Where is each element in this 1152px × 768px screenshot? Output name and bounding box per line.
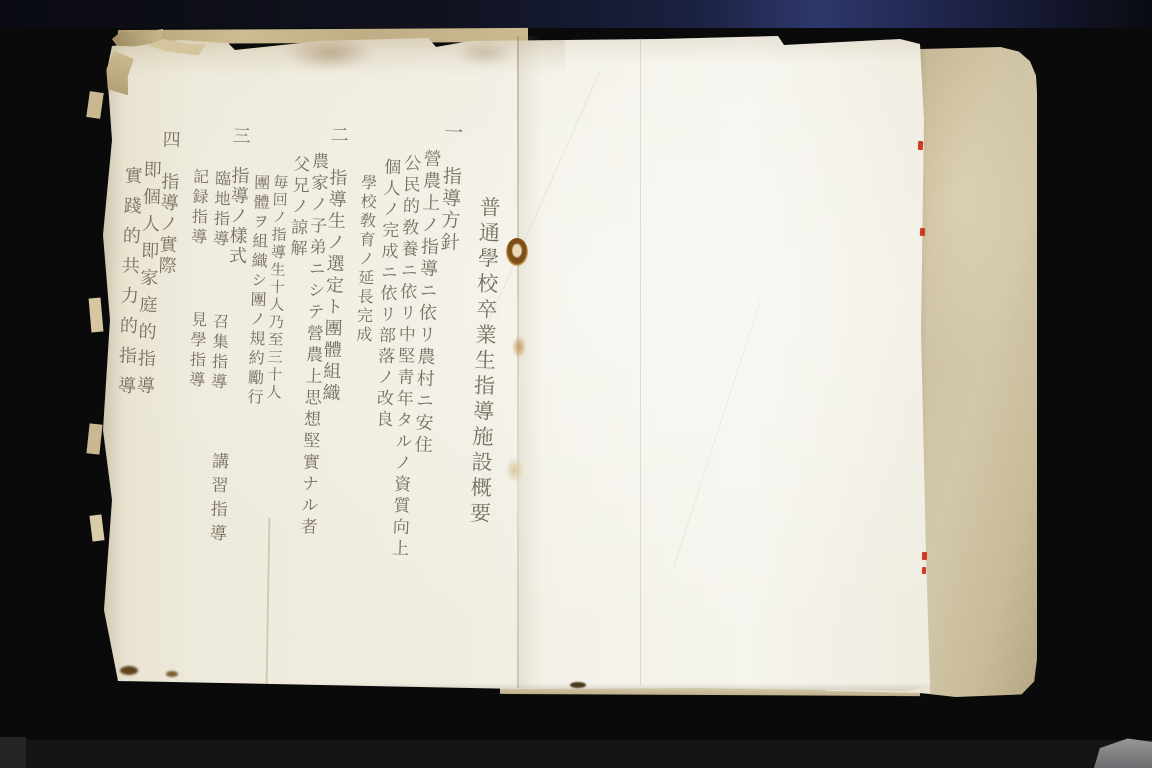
ink-ring-stain xyxy=(506,238,528,266)
top-edge-smudge-2 xyxy=(455,40,515,66)
red-stitch-mark xyxy=(920,228,925,236)
bottom-edge-spot xyxy=(570,682,586,688)
red-stitch-mark xyxy=(922,567,926,574)
background-top-rail xyxy=(0,0,1152,28)
pale-stain xyxy=(506,458,523,482)
photograph-of-document: 普通學校卒業生指導施設概要一 指導方針營農上ノ指導ニ依リ農村ニ安住公民的敎養ニ依… xyxy=(0,0,1152,768)
red-stitch-mark xyxy=(918,141,923,150)
open-page-spread xyxy=(95,30,935,692)
faint-crease-line xyxy=(640,38,641,686)
table-corner-left xyxy=(0,737,26,768)
bottom-edge-spot xyxy=(120,666,138,675)
page-top-stain-wash-right xyxy=(565,30,935,64)
tan-stain xyxy=(512,336,526,358)
bottom-edge-spot xyxy=(166,671,178,677)
background-bottom-floor xyxy=(0,740,1152,768)
page-fold-shadow xyxy=(519,36,541,688)
red-stitch-mark xyxy=(922,552,927,560)
